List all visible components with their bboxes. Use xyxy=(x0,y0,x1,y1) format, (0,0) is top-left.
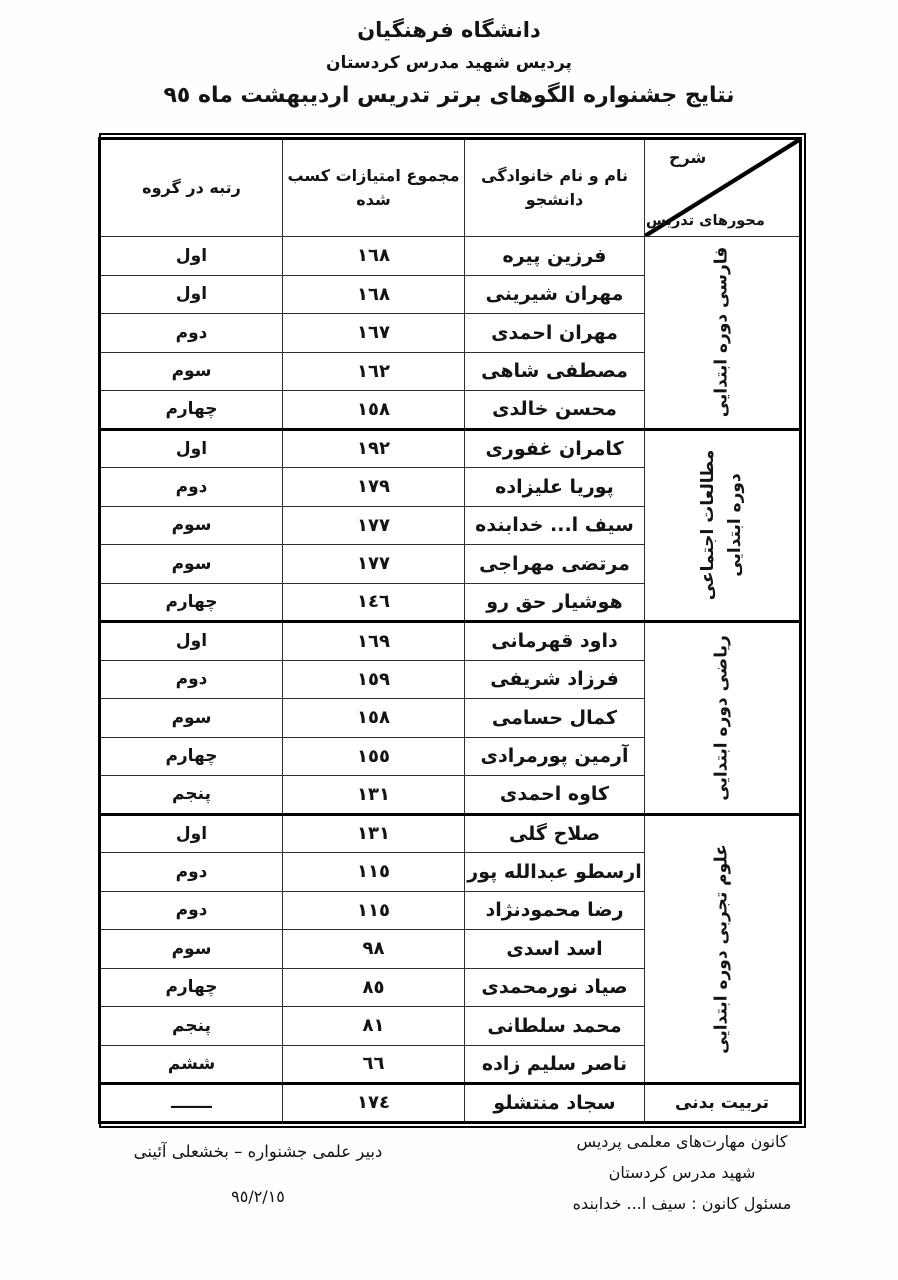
rank-cell: چهارم xyxy=(100,737,283,776)
rank-cell: چهارم xyxy=(100,968,283,1007)
column-header-rank: رتبه در گروه xyxy=(100,139,283,237)
results-table: شرح محورهای تدریس نام و نام خانوادگی دان… xyxy=(99,133,806,1128)
score-cell: ١٣١ xyxy=(283,814,465,853)
name-cell: صیاد نورمحمدی xyxy=(465,968,645,1007)
corner-label-teaching-axes: محورهای تدریس xyxy=(646,209,765,233)
table-row: فارسی دوره ابتداییفرزین پیره١٦٨اول xyxy=(100,237,801,276)
rank-cell: چهارم xyxy=(100,391,283,430)
group-label-cell: تربیت بدنی xyxy=(645,1084,801,1123)
group-label: علوم تجربی دوره ابتدایی xyxy=(709,844,736,1054)
rank-cell: سوم xyxy=(100,506,283,545)
group-label-cell: علوم تجربی دوره ابتدایی xyxy=(645,814,801,1084)
rank-cell: دوم xyxy=(100,891,283,930)
footer-secretary: دبیر علمی جشنواره – بخشعلی آئینی ٩٥/٢/١٥ xyxy=(100,1142,416,1206)
score-cell: ١٦٩ xyxy=(283,622,465,661)
name-cell: سیف ا... خدابنده xyxy=(465,506,645,545)
name-cell: اسد اسدی xyxy=(465,930,645,969)
group-label-cell: مطالعات اجتماعی دوره ابتدایی xyxy=(645,429,801,622)
score-cell: ١٥٨ xyxy=(283,699,465,738)
rank-cell: اول xyxy=(100,275,283,314)
footer-center-manager: مسئول کانون : سیف ا... خدابنده xyxy=(554,1188,810,1219)
footer-center-campus: شهید مدرس کردستان xyxy=(554,1157,810,1188)
rank-cell: ـــــــ xyxy=(100,1084,283,1123)
rank-cell: اول xyxy=(100,237,283,276)
rank-cell: دوم xyxy=(100,314,283,353)
rank-cell: دوم xyxy=(100,853,283,892)
name-cell: کامران غفوری xyxy=(465,429,645,468)
name-cell: مرتضی مهراجی xyxy=(465,545,645,584)
name-cell: صلاح گلی xyxy=(465,814,645,853)
rank-cell: اول xyxy=(100,622,283,661)
name-cell: محسن خالدی xyxy=(465,391,645,430)
score-cell: ١٥٩ xyxy=(283,660,465,699)
group-label: مطالعات اجتماعی دوره ابتدایی xyxy=(695,450,749,600)
column-header-total-score: مجموع امتیازات کسب شده xyxy=(283,139,465,237)
rank-cell: دوم xyxy=(100,660,283,699)
table-row: مطالعات اجتماعی دوره ابتداییکامران غفوری… xyxy=(100,429,801,468)
footer-secretary-name: دبیر علمی جشنواره – بخشعلی آئینی xyxy=(100,1142,416,1161)
rank-cell: سوم xyxy=(100,930,283,969)
score-cell: ١٦٧ xyxy=(283,314,465,353)
score-cell: ١٧٧ xyxy=(283,545,465,584)
rank-cell: دوم xyxy=(100,468,283,507)
table-header-row: شرح محورهای تدریس نام و نام خانوادگی دان… xyxy=(100,139,801,237)
column-header-student-name: نام و نام خانوادگی دانشجو xyxy=(465,139,645,237)
score-cell: ١٦٨ xyxy=(283,275,465,314)
rank-cell: ششم xyxy=(100,1045,283,1084)
name-cell: ارسطو عبدالله پور xyxy=(465,853,645,892)
score-cell: ١٩٢ xyxy=(283,429,465,468)
name-cell: مصطفی شاهی xyxy=(465,352,645,391)
name-cell: ناصر سلیم زاده xyxy=(465,1045,645,1084)
name-cell: کمال حسامی xyxy=(465,699,645,738)
score-cell: ١٥٨ xyxy=(283,391,465,430)
name-cell: فرزاد شریفی xyxy=(465,660,645,699)
footer-center-name: کانون مهارت‌های معلمی پردیس xyxy=(554,1126,810,1157)
name-cell: مهران شیرینی xyxy=(465,275,645,314)
score-cell: ١٧٤ xyxy=(283,1084,465,1123)
table-row: تربیت بدنیسجاد منتشلو١٧٤ـــــــ xyxy=(100,1084,801,1123)
score-cell: ١٧٩ xyxy=(283,468,465,507)
document-header: دانشگاه فرهنگیان پردیس شهید مدرس کردستان… xyxy=(0,18,898,108)
name-cell: سجاد منتشلو xyxy=(465,1084,645,1123)
name-cell: هوشیار حق رو xyxy=(465,583,645,622)
rank-cell: اول xyxy=(100,814,283,853)
rank-cell: سوم xyxy=(100,352,283,391)
footer-date: ٩٥/٢/١٥ xyxy=(100,1187,416,1206)
score-cell: ٦٦ xyxy=(283,1045,465,1084)
footer-skills-center: کانون مهارت‌های معلمی پردیس شهید مدرس کر… xyxy=(554,1126,810,1219)
score-cell: ٩٨ xyxy=(283,930,465,969)
name-cell: مهران احمدی xyxy=(465,314,645,353)
score-cell: ١٥٥ xyxy=(283,737,465,776)
group-label: تربیت بدنی xyxy=(645,1093,799,1113)
score-cell: ١٦٢ xyxy=(283,352,465,391)
name-cell: پوریا علیزاده xyxy=(465,468,645,507)
document-page: دانشگاه فرهنگیان پردیس شهید مدرس کردستان… xyxy=(0,0,898,1280)
rank-cell: اول xyxy=(100,429,283,468)
name-cell: فرزین پیره xyxy=(465,237,645,276)
score-cell: ١٤٦ xyxy=(283,583,465,622)
table-row: علوم تجربی دوره ابتداییصلاح گلی١٣١اول xyxy=(100,814,801,853)
university-name: دانشگاه فرهنگیان xyxy=(0,18,898,42)
group-label: فارسی دوره ابتدایی xyxy=(709,247,736,418)
corner-header-cell: شرح محورهای تدریس xyxy=(645,139,801,237)
table-row: ریاضی دوره ابتداییداود قهرمانی١٦٩اول xyxy=(100,622,801,661)
rank-cell: چهارم xyxy=(100,583,283,622)
name-cell: داود قهرمانی xyxy=(465,622,645,661)
group-label: ریاضی دوره ابتدایی xyxy=(709,635,736,801)
campus-name: پردیس شهید مدرس کردستان xyxy=(0,53,898,73)
group-label-cell: فارسی دوره ابتدایی xyxy=(645,237,801,430)
score-cell: ١١٥ xyxy=(283,853,465,892)
corner-label-description: شرح xyxy=(669,146,706,170)
name-cell: محمد سلطانی xyxy=(465,1007,645,1046)
rank-cell: سوم xyxy=(100,699,283,738)
rank-cell: پنجم xyxy=(100,776,283,815)
rank-cell: سوم xyxy=(100,545,283,584)
score-cell: ٨٥ xyxy=(283,968,465,1007)
name-cell: آرمین پورمرادی xyxy=(465,737,645,776)
name-cell: کاوه احمدی xyxy=(465,776,645,815)
page-title: نتایج جشنواره الگوهای برتر تدریس اردیبهش… xyxy=(0,83,898,108)
score-cell: ٨١ xyxy=(283,1007,465,1046)
score-cell: ١٣١ xyxy=(283,776,465,815)
rank-cell: پنجم xyxy=(100,1007,283,1046)
name-cell: رضا محمودنژاد xyxy=(465,891,645,930)
score-cell: ١٦٨ xyxy=(283,237,465,276)
score-cell: ١٧٧ xyxy=(283,506,465,545)
group-label-cell: ریاضی دوره ابتدایی xyxy=(645,622,801,815)
score-cell: ١١٥ xyxy=(283,891,465,930)
